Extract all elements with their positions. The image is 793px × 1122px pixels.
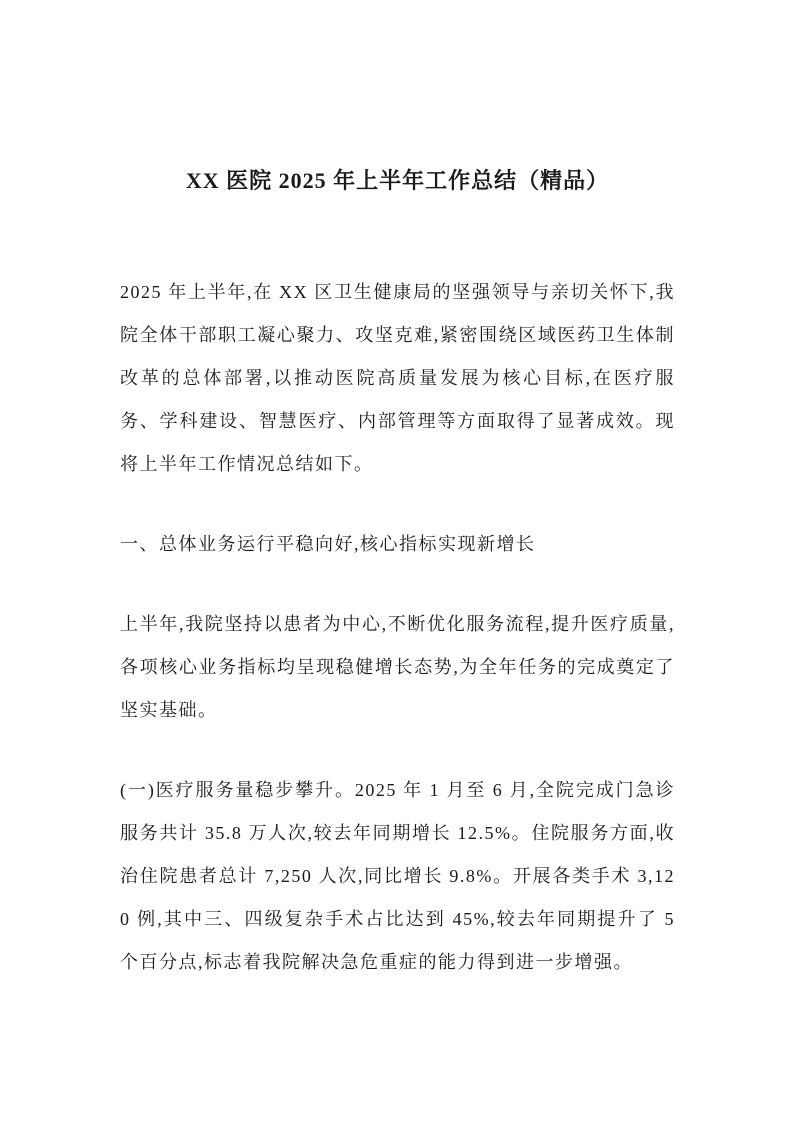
section-heading-1: 一、总体业务运行平稳向好,核心指标实现新增长 <box>120 523 675 566</box>
paragraph-medical-service-stats: (一)医疗服务量稳步攀升。2025 年 1 月至 6 月,全院完成门急诊服务共计… <box>120 769 675 984</box>
paragraph-section-overview: 上半年,我院坚持以患者为中心,不断优化服务流程,提升医疗质量,各项核心业务指标均… <box>120 603 675 732</box>
paragraph-intro: 2025 年上半年,在 XX 区卫生健康局的坚强领导与亲切关怀下,我院全体干部职… <box>120 271 675 486</box>
document-title: XX 医院 2025 年上半年工作总结（精品） <box>120 159 675 202</box>
document-page: XX 医院 2025 年上半年工作总结（精品） 2025 年上半年,在 XX 区… <box>0 0 793 1122</box>
